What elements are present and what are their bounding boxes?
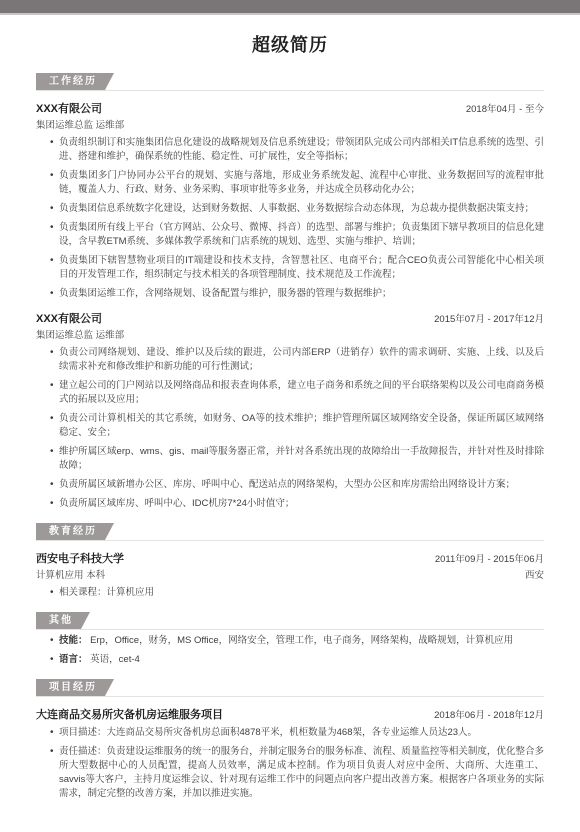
job-role: 集团运维总监 运维部 <box>36 119 124 132</box>
job-bullet-list: 负责公司网络规划、建设、维护以及后续的跟进，公司内部ERP（进销存）软件的需求调… <box>36 346 544 511</box>
skills-item: 技能： Erp，Office，财务，MS Office，网络安全，管理工作，电子… <box>50 634 544 648</box>
resume-title: 超级简历 <box>36 35 544 55</box>
education-entry: 西安电子科技大学 2011年09月 - 2015年06月 计算机应用 本科 西安… <box>36 551 544 600</box>
job-bullet-list: 负责组织制订和实施集团信息化建设的战略规划及信息系统建设；带领团队完成公司内部相… <box>36 136 544 301</box>
language-label: 语言： <box>59 654 88 665</box>
skills-text: Erp，Office，财务，MS Office，网络安全，管理工作，电子商务，网… <box>88 635 514 646</box>
entry-head: 西安电子科技大学 2011年09月 - 2015年06月 <box>36 551 544 566</box>
company-name: XXX有限公司 <box>36 313 102 326</box>
section-projects: 项目经历 大连商品交易所灾备机房运维服务项目 2018年06月 - 2018年1… <box>36 679 544 801</box>
other-bullet-list: 技能： Erp，Office，财务，MS Office，网络安全，管理工作，电子… <box>36 634 544 667</box>
entry-date: 2011年09月 - 2015年06月 <box>435 551 544 565</box>
entry-head: XXX有限公司 2015年07月 - 2017年12月 <box>36 311 544 326</box>
job-bullet: 负责所属区域库房、呼叫中心、IDC机房7*24小时值守； <box>50 497 544 511</box>
section-other: 其他 技能： Erp，Office，财务，MS Office，网络安全，管理工作… <box>36 612 544 667</box>
section-badge-work: 工作经历 <box>36 73 114 90</box>
section-header-work: 工作经历 <box>36 73 544 91</box>
entry-major-row: 计算机应用 本科 西安 <box>36 569 544 582</box>
education-bullet-list: 相关课程：计算机应用 <box>36 586 544 600</box>
entry-head: 大连商品交易所灾备机房运维服务项目 2018年06月 - 2018年12月 <box>36 707 544 722</box>
entry-head: XXX有限公司 2018年04月 - 至今 <box>36 101 544 116</box>
job-bullet: 负责公司网络规划、建设、维护以及后续的跟进，公司内部ERP（进销存）软件的需求调… <box>50 346 544 374</box>
education-bullet: 相关课程：计算机应用 <box>50 586 544 600</box>
job-bullet: 负责组织制订和实施集团信息化建设的战略规划及信息系统建设；带领团队完成公司内部相… <box>50 136 544 164</box>
project-name: 大连商品交易所灾备机房运维服务项目 <box>36 709 223 722</box>
job-role: 集团运维总监 运维部 <box>36 329 124 342</box>
project-bullet: 责任描述：负责建设运维服务的统一的服务台，并制定服务台的服务标准、流程、质量监控… <box>50 745 544 801</box>
resume-page: 超级简历 工作经历 XXX有限公司 2018年04月 - 至今 集团运维总监 运… <box>0 35 580 801</box>
school-name: 西安电子科技大学 <box>36 553 124 566</box>
skills-label: 技能： <box>59 635 88 646</box>
section-work: 工作经历 XXX有限公司 2018年04月 - 至今 集团运维总监 运维部 负责… <box>36 73 544 511</box>
work-entry: XXX有限公司 2018年04月 - 至今 集团运维总监 运维部 负责组织制订和… <box>36 101 544 301</box>
job-bullet: 负责所属区域新增办公区、库房、呼叫中心、配送站点的网络架构，大型办公区和库房需给… <box>50 478 544 492</box>
school-city: 西安 <box>525 569 544 582</box>
project-bullet: 项目描述：大连商品交易所灾备机房总面积4878平米，机柜数量为468架，各专业运… <box>50 726 544 740</box>
job-bullet: 负责集团所有线上平台（官方网站、公众号、微博、抖音）的选型、部署与维护；负责集团… <box>50 221 544 249</box>
section-badge-education: 教育经历 <box>36 523 114 540</box>
job-bullet: 负责集团多门户协同办公平台的规划、实施与落地，形成业务系统发起、流程中心审批、业… <box>50 169 544 197</box>
school-major: 计算机应用 本科 <box>36 569 105 582</box>
language-text: 英语，cet-4 <box>88 654 140 665</box>
project-bullet-list: 项目描述：大连商品交易所灾备机房总面积4878平米，机柜数量为468架，各专业运… <box>36 726 544 801</box>
job-bullet: 建立起公司的门户网站以及网络商品和报表查询体系，建立电子商务和系统之间的平台联络… <box>50 379 544 407</box>
job-bullet: 维护所属区域erp、wms、gis、mail等服务器正常，并针对各系统出现的故障… <box>50 445 544 473</box>
job-bullet: 负责集团下辖智慧物业项目的IT端建设和技术支持，含智慧社区、电商平台；配合CEO… <box>50 254 544 282</box>
section-education: 教育经历 西安电子科技大学 2011年09月 - 2015年06月 计算机应用 … <box>36 523 544 600</box>
entry-date: 2015年07月 - 2017年12月 <box>434 311 544 325</box>
section-header-other: 其他 <box>36 612 544 630</box>
project-entry: 大连商品交易所灾备机房运维服务项目 2018年06月 - 2018年12月 项目… <box>36 707 544 801</box>
section-header-projects: 项目经历 <box>36 679 544 697</box>
entry-date: 2018年06月 - 2018年12月 <box>434 707 544 721</box>
job-bullet: 负责集团运维工作，含网络规划、设备配置与维护，服务器的管理与数据维护； <box>50 287 544 301</box>
language-item: 语言： 英语，cet-4 <box>50 653 544 667</box>
job-bullet: 负责集团信息系统数字化建设，达到财务数据、人事数据、业务数据综合动态体现，为总裁… <box>50 202 544 216</box>
section-header-education: 教育经历 <box>36 523 544 541</box>
section-badge-other: 其他 <box>36 612 90 629</box>
entry-role-row: 集团运维总监 运维部 <box>36 119 544 132</box>
viewer-top-bar <box>0 0 580 15</box>
job-bullet: 负责公司计算机相关的其它系统，如财务、OA等的技术维护；维护管理所属区域网络安全… <box>50 412 544 440</box>
work-entry: XXX有限公司 2015年07月 - 2017年12月 集团运维总监 运维部 负… <box>36 311 544 511</box>
section-badge-projects: 项目经历 <box>36 679 114 696</box>
entry-role-row: 集团运维总监 运维部 <box>36 329 544 342</box>
company-name: XXX有限公司 <box>36 103 102 116</box>
entry-date: 2018年04月 - 至今 <box>466 101 544 115</box>
